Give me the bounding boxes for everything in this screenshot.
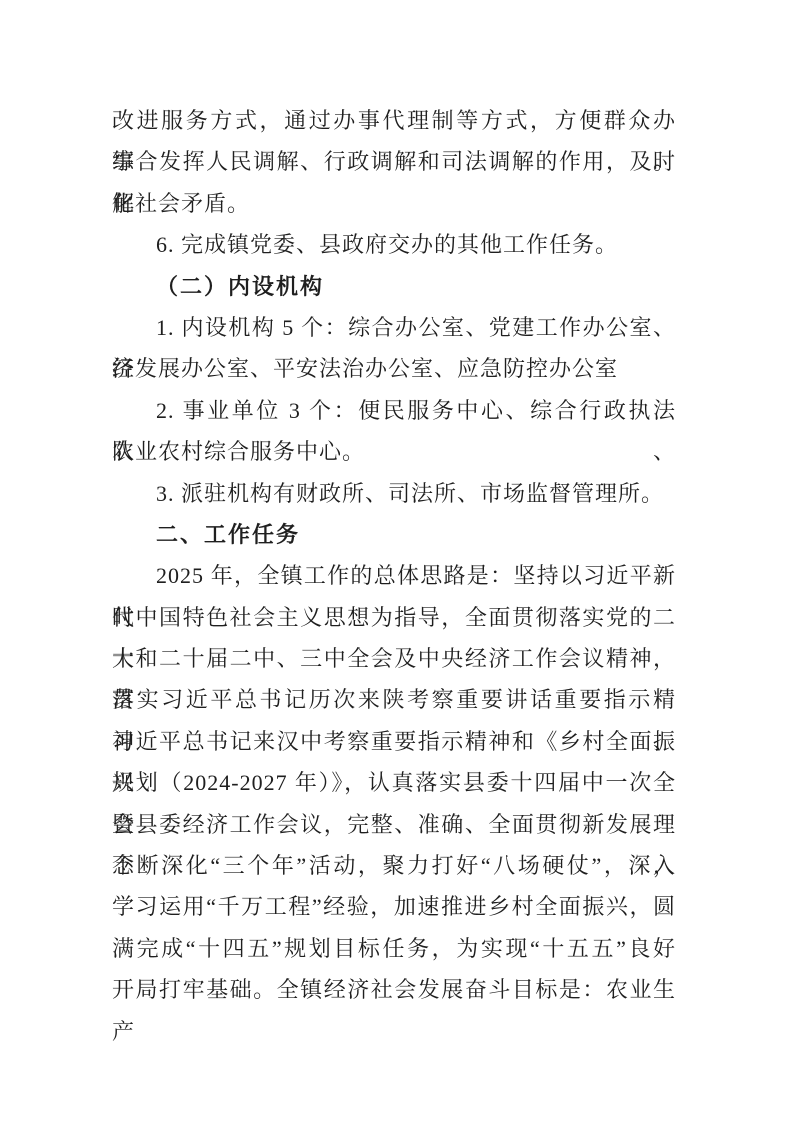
text-line: 习近平总书记来汉中考察重要指示精神和《乡村全面振兴 [112,721,676,762]
text-line: 大和二十届二中、三中全会及中央经济工作会议精神，贯 [112,638,676,679]
text-line: 落实习近平总书记历次来陕考察重要讲话重要指示精神、 [112,679,676,720]
text-line: 规划（2024-2027 年）》，认真落实县委十四届中一次全会 [112,762,676,803]
document-page: 改进服务方式，通过办事代理制等方式，方便群众办事。综合发挥人民调解、行政调解和司… [0,0,792,1121]
text-line: 不断深化“三个年”活动，聚力打好“八场硬仗”，深入 [112,845,676,886]
text-line: 学习运用“千万工程”经验，加速推进乡村全面振兴，圆 [112,886,676,927]
text-line: 暨县委经济工作会议，完整、准确、全面贯彻新发展理念， [112,804,676,845]
text-line: 解社会矛盾。 [112,183,676,224]
text-line: 综合发挥人民调解、行政调解和司法调解的作用，及时化 [112,141,676,182]
text-line: 1. 内设机构 5 个：综合办公室、党建工作办公室、经 [112,307,676,348]
text-line: 满完成“十四五”规划目标任务，为实现“十五五”良好 [112,928,676,969]
text-line: 济发展办公室、平安法治办公室、应急防控办公室 [112,348,676,389]
text-line: 6. 完成镇党委、县政府交办的其他工作任务。 [112,224,676,265]
text-line: 2025 年，全镇工作的总体思路是：坚持以习近平新时 [112,555,676,596]
text-line: 代中国特色社会主义思想为指导，全面贯彻落实党的二十 [112,597,676,638]
text-line: 改进服务方式，通过办事代理制等方式，方便群众办事。 [112,100,676,141]
text-line: 2. 事业单位 3 个：便民服务中心、综合行政执法队、 [112,390,676,431]
section-heading: 二、工作任务 [112,514,676,555]
document-text-body: 改进服务方式，通过办事代理制等方式，方便群众办事。综合发挥人民调解、行政调解和司… [112,100,676,1011]
text-line: 3. 派驻机构有财政所、司法所、市场监督管理所。 [112,473,676,514]
text-line: 开局打牢基础。全镇经济社会发展奋斗目标是：农业生产 [112,969,676,1010]
section-heading: （二）内设机构 [112,266,676,307]
